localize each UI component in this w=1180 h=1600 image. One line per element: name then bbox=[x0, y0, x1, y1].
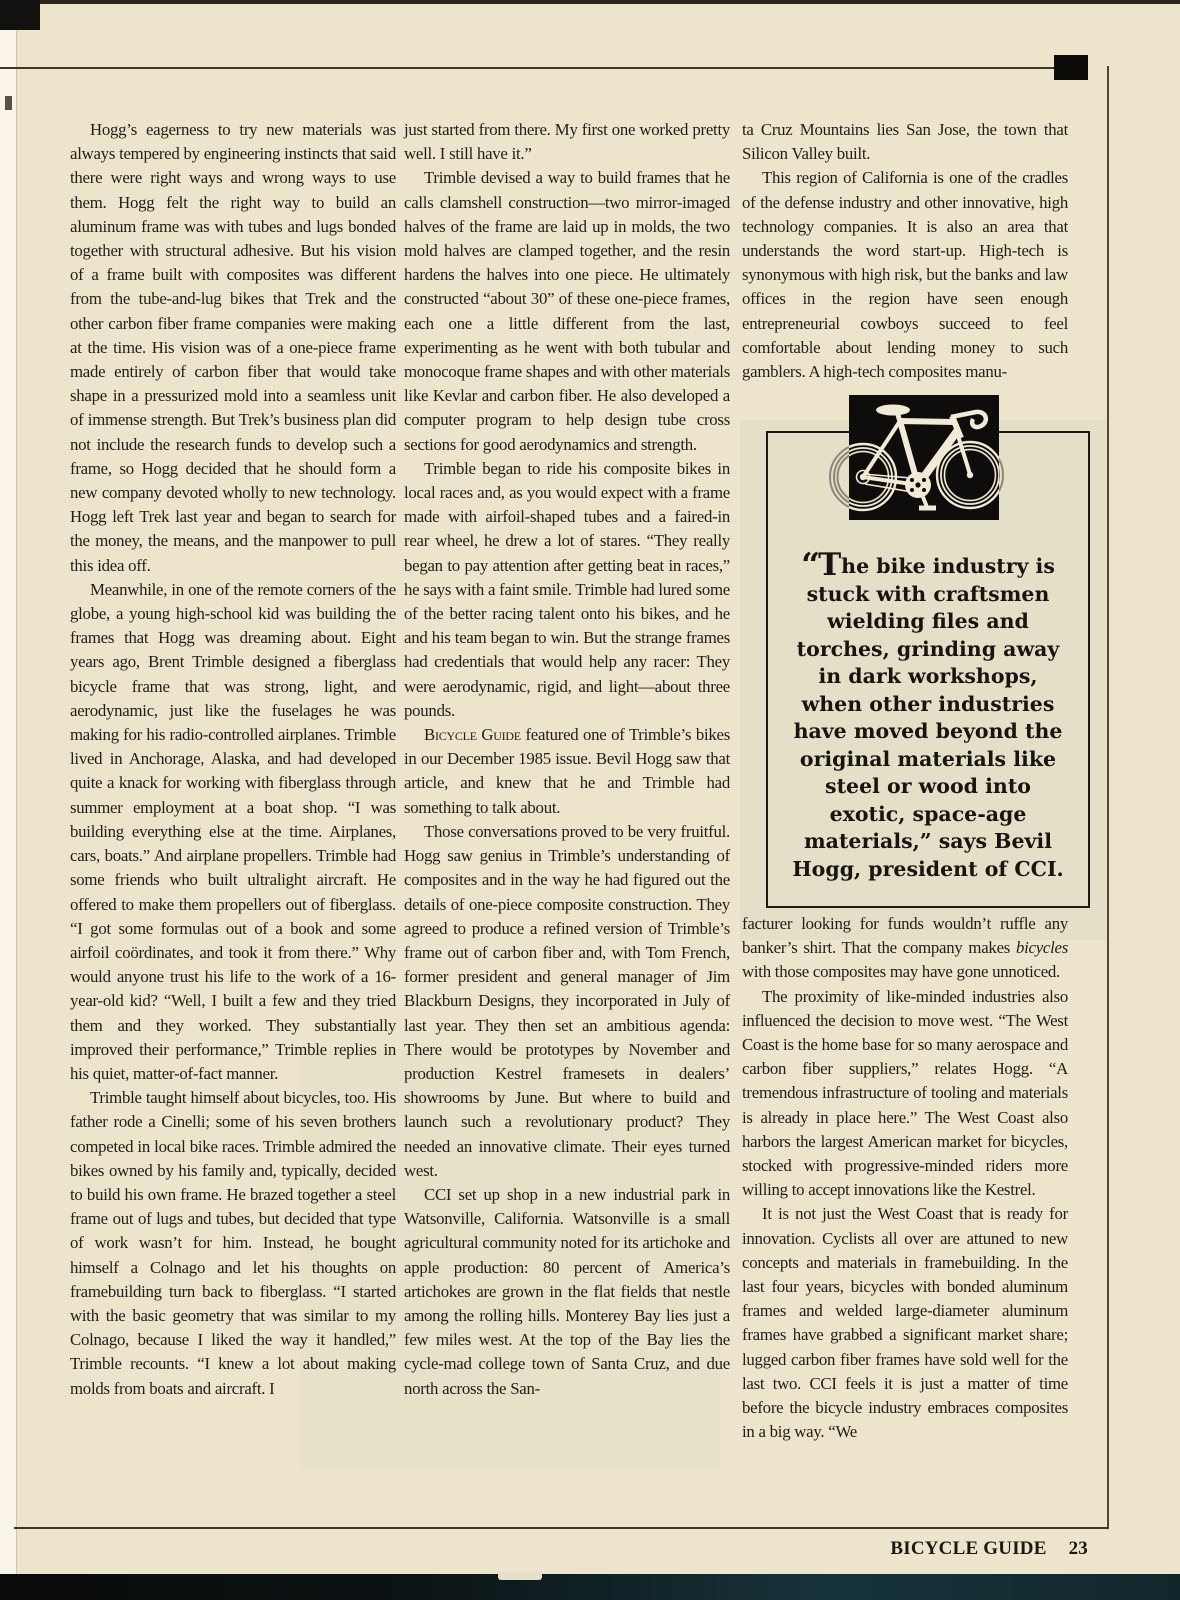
paragraph: Those conversations proved to be very fr… bbox=[404, 820, 730, 1183]
footer: BICYCLE GUIDE23 bbox=[742, 1538, 1088, 1560]
magazine-page: Hogg’s eagerness to try new materials wa… bbox=[0, 0, 1180, 1600]
pull-quote-line: when other industries bbox=[768, 691, 1088, 719]
paragraph: Trimble devised a way to build frames th… bbox=[404, 166, 730, 456]
right-page-rule bbox=[1107, 66, 1109, 1528]
scan-speck bbox=[5, 96, 12, 110]
article-column-1: Hogg’s eagerness to try new materials wa… bbox=[70, 118, 396, 1401]
paragraph: just started from there. My first one wo… bbox=[404, 118, 730, 166]
pull-quote-line: steel or wood into bbox=[768, 773, 1088, 801]
magazine-title: BICYCLE GUIDE bbox=[890, 1538, 1046, 1559]
footer-rule bbox=[14, 1527, 1109, 1529]
paragraph: facturer looking for funds wouldn’t ruff… bbox=[742, 912, 1068, 985]
pull-quote-line: stuck with craftsmen bbox=[768, 581, 1088, 609]
paragraph: CCI set up shop in a new industrial park… bbox=[404, 1183, 730, 1401]
page-number: 23 bbox=[1069, 1538, 1088, 1559]
paragraph: This region of California is one of the … bbox=[742, 166, 1068, 384]
bottom-scan-bar bbox=[0, 1574, 1180, 1600]
pull-quote-line: have moved beyond the bbox=[768, 718, 1088, 746]
scan-top-edge bbox=[0, 0, 1180, 4]
pull-quote-line: torches, grinding away bbox=[768, 636, 1088, 664]
pull-quote-line: materials,” says Bevil bbox=[768, 828, 1088, 856]
pull-quote-text: he bike industry is bbox=[841, 554, 1055, 578]
scan-crease bbox=[16, 0, 17, 1600]
paragraph: The proximity of like-minded industries … bbox=[742, 985, 1068, 1203]
paragraph: It is not just the West Coast that is re… bbox=[742, 1202, 1068, 1444]
header-square-ornament bbox=[1054, 55, 1088, 80]
open-quote-mark: “ bbox=[801, 545, 818, 584]
bicycle-icon bbox=[826, 388, 1022, 530]
pull-quote-line: “The bike industry is bbox=[768, 551, 1088, 581]
article-column-3-lower: facturer looking for funds wouldn’t ruff… bbox=[742, 912, 1068, 1444]
paragraph: Trimble began to ride his composite bike… bbox=[404, 457, 730, 723]
pull-quote-line: wielding files and bbox=[768, 608, 1088, 636]
paragraph: Bicycle Guide featured one of Trimble’s … bbox=[404, 723, 730, 820]
drop-cap: T bbox=[818, 547, 841, 583]
pull-quote: “The bike industry is stuck with craftsm… bbox=[768, 551, 1088, 883]
article-column-3-upper: ta Cruz Mountains lies San Jose, the tow… bbox=[742, 118, 1068, 384]
scan-chip bbox=[498, 1572, 542, 1580]
paragraph: Meanwhile, in one of the remote corners … bbox=[70, 578, 396, 1086]
pull-quote-line: Hogg, president of CCI. bbox=[768, 856, 1088, 884]
paragraph: ta Cruz Mountains lies San Jose, the tow… bbox=[742, 118, 1068, 166]
corner-mark bbox=[0, 0, 40, 30]
paragraph: Hogg’s eagerness to try new materials wa… bbox=[70, 118, 396, 578]
pull-quote-line: exotic, space-age bbox=[768, 801, 1088, 829]
pull-quote-line: in dark workshops, bbox=[768, 663, 1088, 691]
paragraph: Trimble taught himself about bicycles, t… bbox=[70, 1086, 396, 1401]
header-rule bbox=[0, 67, 1078, 69]
pull-quote-line: original materials like bbox=[768, 746, 1088, 774]
scan-left-edge bbox=[0, 0, 16, 1600]
article-column-2: just started from there. My first one wo… bbox=[404, 118, 730, 1401]
